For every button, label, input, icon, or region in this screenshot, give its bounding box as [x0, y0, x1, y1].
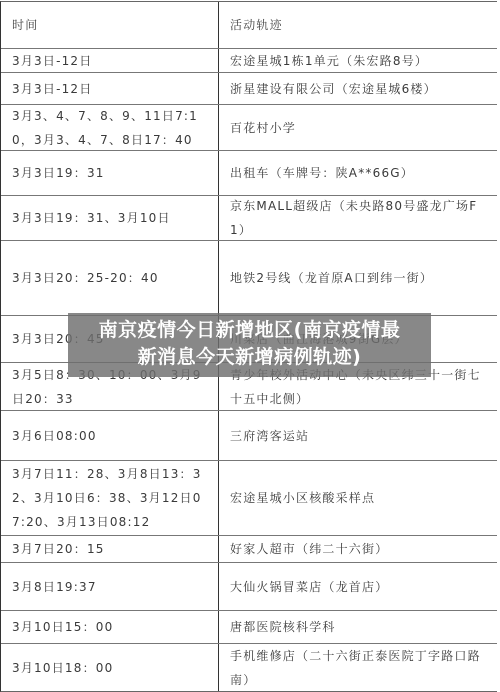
table-row: 3月10日15：00唐都医院核科学科	[1, 611, 497, 644]
cell-place: 好家人超市（纬二十六街）	[219, 536, 497, 562]
table-row: 3月3日20：25-20：40地铁2号线（龙首原A口到纬一街）	[1, 241, 497, 316]
header-time: 时间	[1, 2, 219, 48]
table-row: 3月10日18：00手机维修店（二十六街正泰医院丁字路口路南）	[1, 644, 497, 691]
overlay-title-line-1: 南京疫情今日新增地区(南京疫情最	[68, 317, 431, 344]
table-row: 3月7日11：28、3月8日13：32、3月10日6：38、3月12日07:20…	[1, 461, 497, 536]
cell-time: 3月3日19：31	[1, 151, 219, 195]
cell-time: 3月6日08:00	[1, 411, 219, 460]
table-row: 3月6日08:00三府湾客运站	[1, 411, 497, 461]
table-row: 3月7日20：15好家人超市（纬二十六街）	[1, 536, 497, 563]
cell-place: 地铁2号线（龙首原A口到纬一街）	[219, 241, 497, 315]
cell-time: 3月3日-12日	[1, 73, 219, 104]
table-header-row: 时间 活动轨迹	[1, 2, 497, 49]
cell-time: 3月7日11：28、3月8日13：32、3月10日6：38、3月12日07:20…	[1, 461, 219, 535]
table-row: 3月3日19：31、3月10日京东MALL超级店（未央路80号盛龙广场F1）	[1, 196, 497, 241]
table-row: 3月3日19：31出租车（车牌号：陕A**66G）	[1, 151, 497, 196]
cell-place: 出租车（车牌号：陕A**66G）	[219, 151, 497, 195]
cell-time: 3月3、4、7、8、9、11日7:10，3月3、4、7、8日17：40	[1, 105, 219, 150]
cell-place: 宏途星城1栋1单元（朱宏路8号）	[219, 49, 497, 72]
cell-place: 三府湾客运站	[219, 411, 497, 460]
table-row: 3月3日-12日浙星建设有限公司（宏途星城6楼）	[1, 73, 497, 105]
title-overlay-banner: 南京疫情今日新增地区(南京疫情最 新消息今天新增病例轨迹)	[68, 313, 431, 377]
cell-place: 京东MALL超级店（未央路80号盛龙广场F1）	[219, 196, 497, 240]
header-place: 活动轨迹	[219, 2, 497, 48]
cell-place: 百花村小学	[219, 105, 497, 150]
overlay-title-line-2: 新消息今天新增病例轨迹)	[68, 344, 431, 371]
cell-time: 3月3日19：31、3月10日	[1, 196, 219, 240]
cell-time: 3月3日-12日	[1, 49, 219, 72]
cell-time: 3月7日20：15	[1, 536, 219, 562]
cell-time: 3月8日19:37	[1, 563, 219, 610]
table-row: 3月3日-12日宏途星城1栋1单元（朱宏路8号）	[1, 49, 497, 73]
cell-place: 唐都医院核科学科	[219, 611, 497, 643]
cell-place: 宏途星城小区核酸采样点	[219, 461, 497, 535]
table-row: 3月3、4、7、8、9、11日7:10，3月3、4、7、8日17：40百花村小学	[1, 105, 497, 151]
cell-time: 3月10日15：00	[1, 611, 219, 643]
cell-time: 3月10日18：00	[1, 644, 219, 691]
cell-time: 3月3日20：25-20：40	[1, 241, 219, 315]
table-row: 3月8日19:37大仙火锅冒菜店（龙首店）	[1, 563, 497, 611]
cell-place: 大仙火锅冒菜店（龙首店）	[219, 563, 497, 610]
cell-place: 手机维修店（二十六街正泰医院丁字路口路南）	[219, 644, 497, 691]
cell-place: 浙星建设有限公司（宏途星城6楼）	[219, 73, 497, 104]
